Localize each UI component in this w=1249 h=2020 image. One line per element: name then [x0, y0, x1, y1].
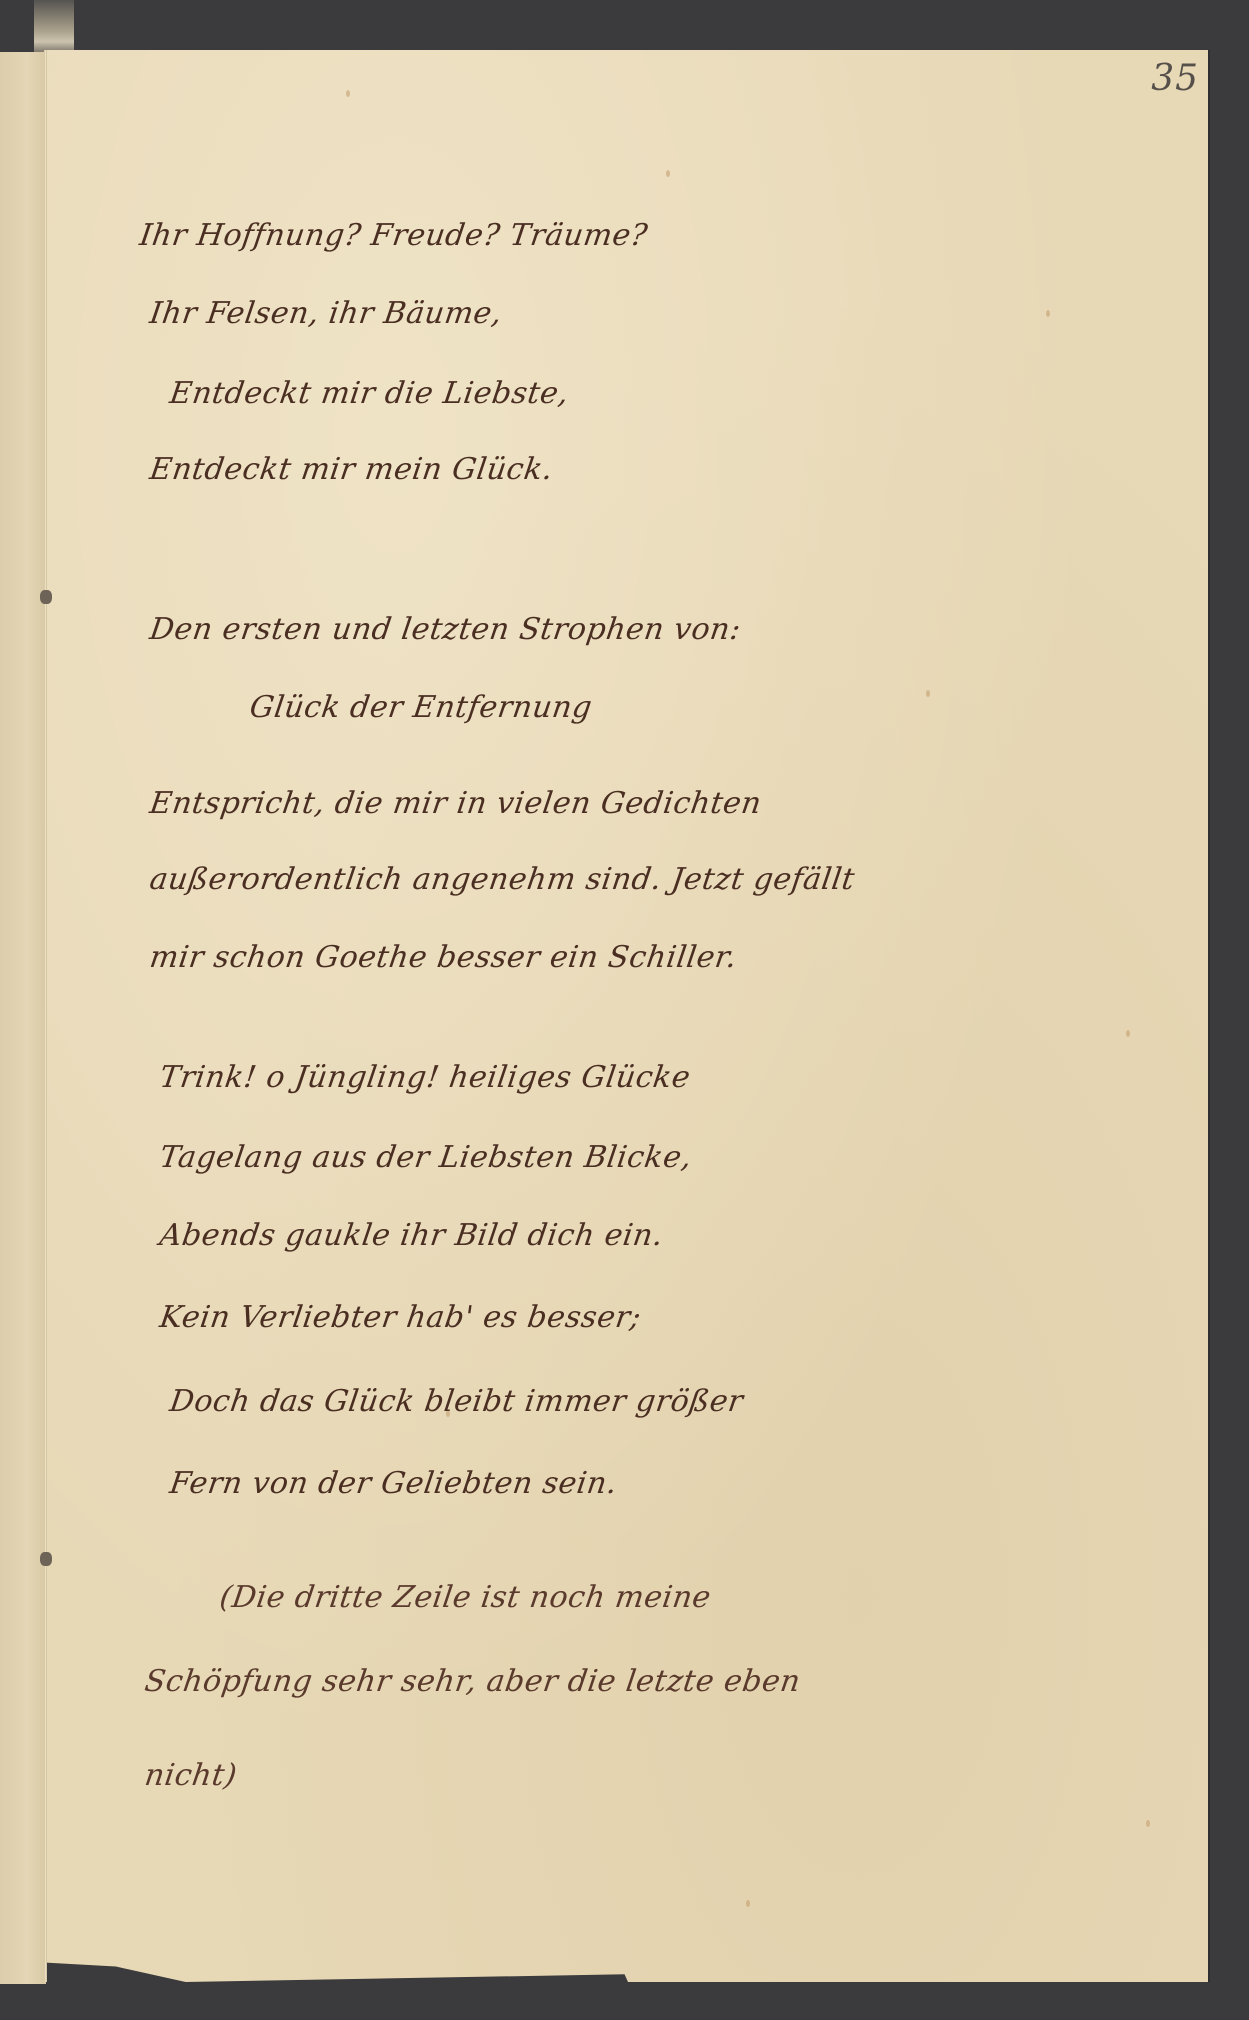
stanza1-line-3: Entdeckt mir die Liebste, [168, 376, 571, 411]
folio-number: 35 [1151, 58, 1199, 99]
stanza2-line-1: Trink! o Jüngling! heiliges Glücke [158, 1060, 693, 1095]
stanza1-line-1: Ihr Hoffnung? Freude? Träume? [138, 218, 650, 253]
prose-line-2: Glück der Entfernung [248, 690, 595, 725]
binding-tab [34, 0, 74, 52]
previous-page-edge [0, 52, 46, 1984]
stanza2-line-5: Doch das Glück bleibt immer größer [168, 1384, 746, 1419]
binding-stitch [40, 1552, 52, 1566]
manuscript-scan: 35 Ihr Hoffnung? Freude? Träume? Ihr Fel… [0, 0, 1249, 2020]
stanza2-line-3: Abends gaukle ihr Bild dich ein. [158, 1218, 666, 1253]
foxing-speck [746, 1900, 750, 1907]
stanza1-line-4: Entdeckt mir mein Glück. [148, 452, 556, 487]
prose-line-3: Entspricht, die mir in vielen Gedichten [148, 786, 764, 821]
foxing-speck [666, 170, 670, 177]
foxing-speck [1046, 310, 1050, 317]
foxing-speck [1126, 1030, 1130, 1037]
prose-line-1: Den ersten und letzten Strophen von: [148, 612, 744, 647]
foxing-speck [926, 690, 930, 697]
stanza2-line-2: Tagelang aus der Liebsten Blicke, [158, 1140, 695, 1175]
page-gutter [44, 50, 47, 1982]
prose-line-4: außerordentlich angenehm sind. Jetzt gef… [148, 862, 857, 897]
note-line-2: Schöpfung sehr sehr, aber die letzte ebe… [143, 1664, 803, 1699]
stanza2-line-4: Kein Verliebter hab' es besser; [158, 1300, 644, 1335]
prose-line-5: mir schon Goethe besser ein Schiller. [148, 940, 740, 975]
binding-stitch [40, 590, 52, 604]
stanza1-line-2: Ihr Felsen, ihr Bäume, [148, 296, 505, 331]
foxing-speck [1146, 1820, 1150, 1827]
stanza2-line-6: Fern von der Geliebten sein. [168, 1466, 620, 1501]
note-line-3: nicht) [143, 1758, 240, 1793]
note-line-1: (Die dritte Zeile ist noch meine [218, 1580, 714, 1615]
foxing-speck [346, 90, 350, 97]
